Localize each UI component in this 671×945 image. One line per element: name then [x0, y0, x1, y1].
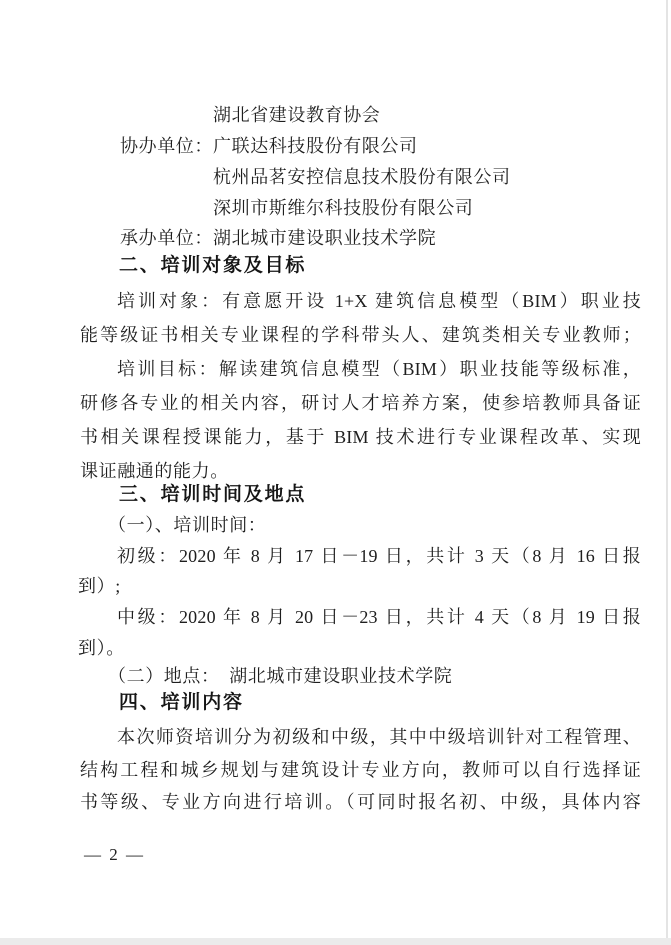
- subsection-label: （一）、培训时间：: [108, 513, 266, 537]
- body-line: 书相关课程授课能力，基于 BIM 技术进行专业课程改革、实现: [80, 425, 641, 449]
- body-line: 初级：2020 年 8 月 17 日－19 日，共计 3 天（8 月 16 日报: [80, 544, 641, 568]
- organizer-name-line: 湖北省建设教育协会: [213, 103, 380, 127]
- body-line: 能等级证书相关专业课程的学科带头人、建筑类相关专业教师；: [80, 323, 641, 347]
- body-line: 结构工程和城乡规划与建筑设计专业方向，教师可以自行选择证: [80, 758, 641, 782]
- body-line: 培训对象：有意愿开设 1+X 建筑信息模型（BIM）职业技: [80, 289, 641, 313]
- undertaker-line: 承办单位：湖北城市建设职业技术学院: [120, 226, 436, 250]
- body-line: 课证融通的能力。: [80, 459, 229, 483]
- body-line: 培训目标：解读建筑信息模型（BIM）职业技能等级标准，: [80, 357, 641, 381]
- body-line: 中级：2020 年 8 月 20 日－23 日，共计 4 天（8 月 19 日报: [80, 605, 641, 629]
- page-edge-bottom: [0, 938, 671, 945]
- body-line: 书等级、专业方向进行培训。（可同时报名初、中级，具体内容: [80, 790, 641, 814]
- co-organizer-line: 杭州品茗安控信息技术股份有限公司: [213, 165, 511, 189]
- co-organizer-line: 协办单位：广联达科技股份有限公司: [120, 134, 418, 158]
- section-2-heading: 二、培训对象及目标: [119, 254, 306, 278]
- body-line: 到）。: [78, 636, 125, 660]
- section-3-heading: 三、培训时间及地点: [119, 483, 306, 507]
- section-4-heading: 四、培训内容: [119, 691, 244, 715]
- subsection-label: （二）地点： 湖北城市建设职业技术学院: [108, 664, 452, 688]
- body-line: 研修各专业的相关内容，研讨人才培养方案，使参培教师具备证: [80, 391, 641, 415]
- page-edge-right: [666, 0, 668, 939]
- co-organizer-line: 深圳市斯维尔科技股份有限公司: [213, 196, 473, 220]
- scanned-document-page: 湖北省建设教育协会 协办单位：广联达科技股份有限公司 杭州品茗安控信息技术股份有…: [0, 0, 671, 945]
- body-line: 到）;: [78, 574, 121, 598]
- body-line: 本次师资培训分为初级和中级，其中中级培训针对工程管理、: [80, 725, 641, 749]
- page-number: — 2 —: [84, 845, 145, 865]
